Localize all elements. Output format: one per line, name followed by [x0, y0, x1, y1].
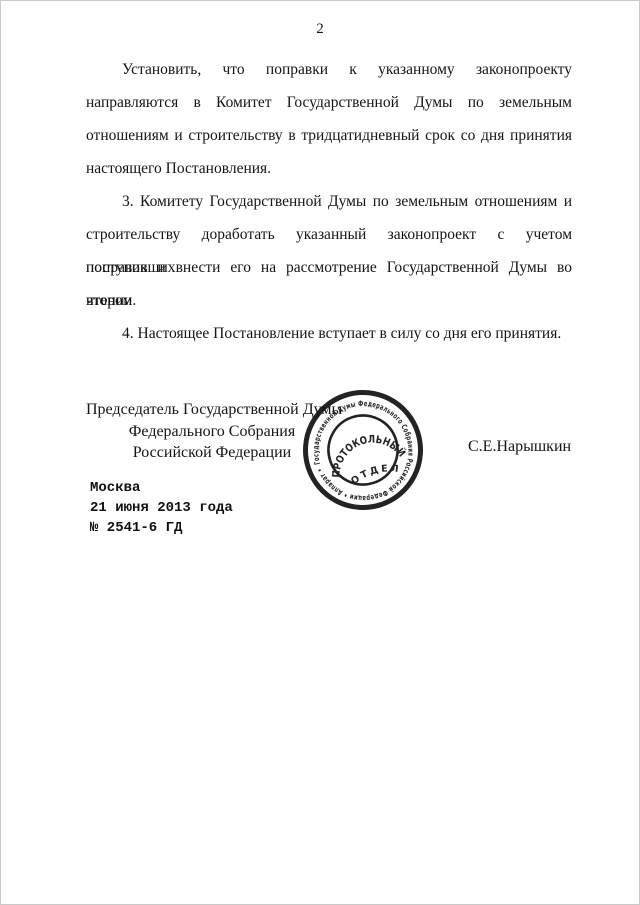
text-line: настоящего Постановления.: [86, 152, 572, 185]
text-line: поправок и внести его на рассмотрение Го…: [86, 251, 572, 284]
footer-city: Москва: [90, 478, 233, 498]
footer-date: 21 июня 2013 года: [90, 498, 233, 518]
document-body: Установить, что поправки к указанному за…: [86, 53, 572, 350]
text-line: Установить, что поправки к указанному за…: [86, 53, 572, 86]
signature-title-block: Председатель Государственной Думы Федера…: [86, 399, 338, 464]
text-line: 3. Комитету Государственной Думы по земе…: [86, 185, 572, 218]
svg-text:ОТДЕЛ: ОТДЕЛ: [348, 457, 405, 491]
document-page: 2 Установить, что поправки к указанному …: [0, 0, 640, 905]
document-footer: Москва 21 июня 2013 года № 2541-6 ГД: [90, 478, 233, 538]
text-line: строительству доработать указанный закон…: [86, 218, 572, 251]
footer-doc-number: № 2541-6 ГД: [90, 518, 233, 538]
signature-title-line: Председатель Государственной Думы: [86, 399, 338, 421]
stamp-center-line2: ОТДЕЛ: [348, 457, 405, 491]
text-line: отношениям и строительству в тридцатидне…: [86, 119, 572, 152]
signature-title-line: Федерального Собрания: [86, 421, 338, 443]
signer-name: С.Е.Нарышкин: [468, 438, 571, 456]
signature-title-line: Российской Федерации: [86, 442, 338, 464]
page-number: 2: [1, 21, 639, 38]
text-line: 4. Настоящее Постановление вступает в си…: [86, 317, 572, 350]
text-line: направляются в Комитет Государственной Д…: [86, 86, 572, 119]
text-line: чтении.: [86, 284, 572, 317]
